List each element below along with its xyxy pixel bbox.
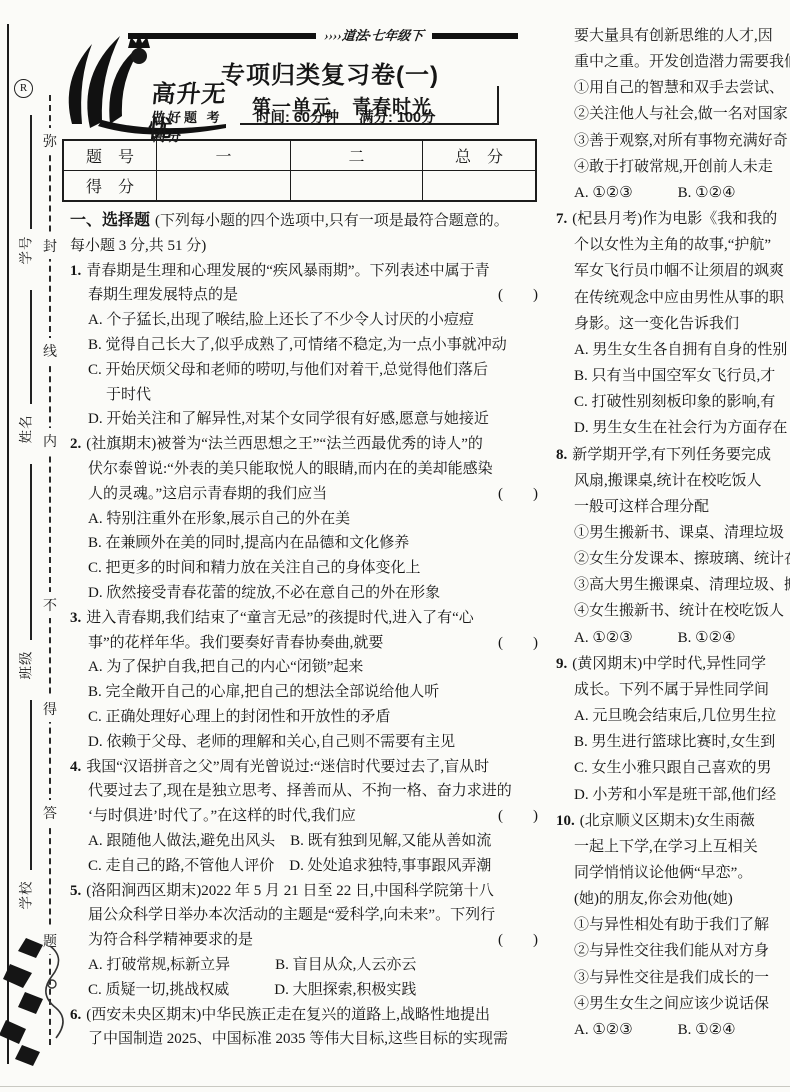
text-line: 春期生理发展特点的是( ) <box>70 283 540 308</box>
line-text: 人的灵魂。”这启示青春期的我们应当 <box>88 486 327 502</box>
question-number: 5. <box>70 883 81 899</box>
text-line: ④女生搬新书、统计在校吃饭人 <box>556 598 790 624</box>
score-table-col-two: 二 <box>291 140 423 171</box>
text-line: 同学悄悄议论他俩“早恋”。 <box>556 860 790 886</box>
line-text: D. 小芳和小军是班干部,他们经 <box>574 787 776 803</box>
seal-char: 线 <box>41 338 59 364</box>
line-text: C. 走自己的路,不管他人评价 D. 处处追求独特,事事跟风弄潮 <box>88 858 491 874</box>
line-text: ①与异性相处有助于我们了解 <box>574 917 769 933</box>
text-line: ①男生搬新书、课桌、清理垃圾 <box>556 520 790 546</box>
text-line: C. 女生小雅只跟自己喜欢的男 <box>556 755 790 781</box>
text-line: 一起上下学,在学习上互相关 <box>556 834 790 860</box>
line-text: 了中国制造 2025、中国标准 2035 等伟大目标,这些目标的实现需 <box>88 1031 508 1047</box>
header-band-bar-right <box>432 33 518 39</box>
text-line: A. 打破常规,标新立异 B. 盲目从众,人云亦云 <box>70 953 540 978</box>
text-line: 重中之重。开发创造潜力需要我们 <box>556 49 790 75</box>
answer-brackets: ( ) <box>498 928 538 953</box>
text-line: B. 只有当中国空军女飞行员,才 <box>556 363 790 389</box>
text-line: C. 质疑一切,挑战权威 D. 大胆探索,积极实践 <box>70 978 540 1003</box>
text-line: ①与异性相处有助于我们了解 <box>556 912 790 938</box>
text-line: 身影。这一变化告诉我们 <box>556 311 790 337</box>
series-banner: ››››道法·七年级下 <box>315 25 433 44</box>
score-table-corner: 题 号 <box>63 140 157 171</box>
answer-brackets: ( ) <box>498 283 538 308</box>
line-text: C. 打破性别刻板印象的影响,有 <box>574 394 775 410</box>
text-line: A. 特别注重外在形象,展示自己的外在美 <box>70 507 540 532</box>
line-text: (西安未央区期末)中华民族正走在复兴的道路上,战略性地提出 <box>86 1007 490 1023</box>
text-line: 了中国制造 2025、中国标准 2035 等伟大目标,这些目标的实现需 <box>70 1027 540 1052</box>
question-line: 4.我国“汉语拼音之父”周有光曾说过:“迷信时代要过去了,盲从时 <box>70 755 540 780</box>
line-text: (北京顺义区期末)女生雨薇 <box>580 813 755 829</box>
line-text: 为符合科学精神要求的是 <box>88 932 253 948</box>
brand-calligraphy <box>0 932 70 1077</box>
score-cell-one <box>157 171 291 202</box>
line-text: D. 开始关注和了解异性,对某个女同学很有好感,愿意与她接近 <box>88 411 489 427</box>
line-text: ②关注他人与社会,做一名对国家 <box>574 106 788 122</box>
question-number: 2. <box>70 436 81 452</box>
brand-logo: 高升无忧 做好题 考高分 <box>58 28 238 138</box>
line-text: C. 开始厌烦父母和老师的唠叨,与他们对着干,总觉得他们落后 <box>88 362 488 378</box>
text-line: ①用自己的智慧和双手去尝试、 <box>556 75 790 101</box>
line-text: 进入青春期,我们结束了“童言无忌”的孩提时代,进入了有“心 <box>86 610 473 626</box>
exam-meta: 时间: 60分钟满分: 100分 <box>256 106 436 127</box>
text-line: B. 觉得自己长大了,似乎成熟了,可情绪不稳定,为一点小事就冲动 <box>70 333 540 358</box>
text-line: A. ①②③ B. ①②④ <box>556 180 790 206</box>
line-text: A. 为了保护自我,把自己的内心“闭锁”起来 <box>88 659 363 675</box>
column-left: 一、选择题(下列每小题的四个选项中,只有一项是最符合题意的。每小题 3 分,共 … <box>70 209 540 1052</box>
line-text: B. 在兼顾外在美的同时,提高内在品德和文化修养 <box>88 535 409 551</box>
question-line: 一、选择题(下列每小题的四个选项中,只有一项是最符合题意的。 <box>70 209 540 234</box>
text-line: A. ①②③ B. ①②④ <box>556 625 790 651</box>
line-text: 一起上下学,在学习上互相关 <box>574 839 758 855</box>
line-text: A. ①②③ B. ①②④ <box>574 630 736 646</box>
text-line: A. 个子猛长,出现了喉结,脸上还长了不少令人讨厌的小痘痘 <box>70 308 540 333</box>
line-text: B. 完全敞开自己的心扉,把自己的想法全部说给他人听 <box>88 684 439 700</box>
text-line: A. ①②③ B. ①②④ <box>556 1017 790 1043</box>
exam-paper-page: { "page": { "edition_mark": "R", "series… <box>0 0 790 1092</box>
line-text: C. 质疑一切,挑战权威 D. 大胆探索,积极实践 <box>88 982 416 998</box>
line-text: D. 男生女生在社会行为方面存在 <box>574 420 787 436</box>
page-bottom-shadow <box>0 1086 790 1087</box>
text-line: 军女飞行员巾帼不让须眉的飒爽 <box>556 258 790 284</box>
text-line: 一般可这样合理分配 <box>556 494 790 520</box>
line-text: 在传统观念中应由男性从事的职 <box>574 290 784 306</box>
line-text: ③高大男生搬课桌、清理垃圾、搬 <box>574 577 790 593</box>
line-text: 青春期是生理和心理发展的“疾风暴雨期”。下列表述中属于青 <box>86 263 489 279</box>
text-line: ②女生分发课本、擦玻璃、统计在 <box>556 546 790 572</box>
question-line: 6.(西安未央区期末)中华民族正走在复兴的道路上,战略性地提出 <box>70 1003 540 1028</box>
line-text: 届公众科学日举办本次活动的主题是“爱科学,向未来”。下列行 <box>88 907 495 923</box>
line-text: A. 个子猛长,出现了喉结,脸上还长了不少令人讨厌的小痘痘 <box>88 312 474 328</box>
question-number: 6. <box>70 1007 81 1023</box>
line-text: ②女生分发课本、擦玻璃、统计在 <box>574 551 790 567</box>
class-blank-line <box>30 464 32 640</box>
seal-char: 内 <box>41 428 59 454</box>
line-text: B. 觉得自己长大了,似乎成熟了,可情绪不稳定,为一点小事就冲动 <box>88 337 507 353</box>
text-line: C. 开始厌烦父母和老师的唠叨,与他们对着干,总觉得他们落后 <box>70 358 540 383</box>
score-row-label: 得 分 <box>63 171 157 202</box>
text-line: ‘与时俱进’时代了。”在这样的时代,我们应( ) <box>70 804 540 829</box>
text-line: D. 欣然接受青春花蕾的绽放,不必在意自己的外在形象 <box>70 581 540 606</box>
line-text: (社旗期末)被誉为“法兰西思想之王”“法兰西最优秀的诗人”的 <box>86 436 483 452</box>
line-text: B. 男生进行篮球比赛时,女生到 <box>574 734 775 750</box>
line-text: (她)的朋友,你会劝他(她) <box>574 891 733 907</box>
line-text: 身影。这一变化告诉我们 <box>574 316 739 332</box>
text-line: 在传统观念中应由男性从事的职 <box>556 285 790 311</box>
question-number: 1. <box>70 263 81 279</box>
question-number: 4. <box>70 759 81 775</box>
text-line: 为符合科学精神要求的是( ) <box>70 928 540 953</box>
text-line: D. 小芳和小军是班干部,他们经 <box>556 782 790 808</box>
line-text: 代要过去了,现在是独立思考、择善而从、不拘一格、奋力求进的 <box>88 783 512 799</box>
text-line: A. 男生女生各自拥有自身的性别 <box>556 337 790 363</box>
line-text: 要大量具有创新思维的人才,因 <box>574 28 773 44</box>
answer-brackets: ( ) <box>498 482 538 507</box>
line-text: ①男生搬新书、课桌、清理垃圾 <box>574 525 784 541</box>
line-text: ③善于观察,对所有事物充满好奇 <box>574 133 788 149</box>
line-text: 同学悄悄议论他俩“早恋”。 <box>574 865 752 881</box>
sidebar-label-school: 学校 <box>12 872 36 918</box>
text-line: (她)的朋友,你会劝他(她) <box>556 886 790 912</box>
text-line: A. 跟随他人做法,避免出风头 B. 既有独到见解,又能从善如流 <box>70 829 540 854</box>
score-table: 题 号 一 二 总 分 得 分 <box>62 139 537 202</box>
text-line: 代要过去了,现在是独立思考、择善而从、不拘一格、奋力求进的 <box>70 779 540 804</box>
question-number: 一、选择题 <box>70 212 150 229</box>
text-line: 要大量具有创新思维的人才,因 <box>556 23 790 49</box>
question-line: 5.(洛阳涧西区期末)2022 年 5 月 21 日至 22 日,中国科学院第十… <box>70 879 540 904</box>
line-text: ④男生女生之间应该少说话保 <box>574 996 769 1012</box>
line-text: 事”的花样年华。我们要奏好青春协奏曲,就要 <box>88 635 383 651</box>
school-blank-line <box>30 700 32 870</box>
line-text: 每小题 3 分,共 51 分) <box>70 238 206 254</box>
text-line: 伏尔泰曾说:“外表的美只能取悦人的眼睛,而内在的美却能感染 <box>70 457 540 482</box>
line-text: 重中之重。开发创造潜力需要我们 <box>574 54 790 70</box>
line-text: (黄冈期末)中学时代,异性同学 <box>572 656 766 672</box>
line-text: 我国“汉语拼音之父”周有光曾说过:“迷信时代要过去了,盲从时 <box>86 759 489 775</box>
name-blank-line <box>30 290 32 404</box>
score-table-col-one: 一 <box>157 140 291 171</box>
text-line: D. 男生女生在社会行为方面存在 <box>556 415 790 441</box>
question-line: 9.(黄冈期末)中学时代,异性同学 <box>556 651 790 677</box>
line-text: 风扇,搬课桌,统计在校吃饭人 <box>574 473 762 489</box>
question-number: 8. <box>556 447 567 463</box>
paper-title: 专项归类复习卷(一) <box>221 55 439 90</box>
text-line: 事”的花样年华。我们要奏好青春协奏曲,就要( ) <box>70 631 540 656</box>
question-number: 3. <box>70 610 81 626</box>
question-number: 9. <box>556 656 567 672</box>
column-right: 要大量具有创新思维的人才,因重中之重。开发创造潜力需要我们①用自己的智慧和双手去… <box>556 23 790 1043</box>
text-line: ③与异性交往是我们成长的一 <box>556 965 790 991</box>
line-text: ②与异性交往我们能从对方身 <box>574 943 769 959</box>
time-limit: 时间: 60分钟 <box>256 110 339 126</box>
line-text: ‘与时俱进’时代了。”在这样的时代,我们应 <box>88 808 356 824</box>
seal-char: 得 <box>41 696 59 722</box>
line-text: 军女飞行员巾帼不让须眉的飒爽 <box>574 263 784 279</box>
line-text: A. 打破常规,标新立异 B. 盲目从众,人云亦云 <box>88 957 416 973</box>
score-cell-two <box>291 171 423 202</box>
page-edge-line <box>7 24 9 1064</box>
text-line: C. 把更多的时间和精力放在关注自己的身体变化上 <box>70 556 540 581</box>
text-line: D. 开始关注和了解异性,对某个女同学很有好感,愿意与她接近 <box>70 407 540 432</box>
text-line: B. 在兼顾外在美的同时,提高内在品德和文化修养 <box>70 531 540 556</box>
text-line: C. 正确处理好心理上的封闭性和开放性的矛盾 <box>70 705 540 730</box>
sidebar-label-class: 班级 <box>12 642 36 688</box>
question-number: 10. <box>556 813 575 829</box>
student-id-blank-line <box>30 115 32 229</box>
text-line: 届公众科学日举办本次活动的主题是“爱科学,向未来”。下列行 <box>70 903 540 928</box>
text-line: 每小题 3 分,共 51 分) <box>70 234 540 259</box>
text-line: ③高大男生搬课桌、清理垃圾、搬 <box>556 572 790 598</box>
full-score: 满分: 100分 <box>359 110 436 126</box>
score-table-col-total: 总 分 <box>423 140 537 171</box>
text-line: ②与异性交往我们能从对方身 <box>556 938 790 964</box>
line-text: C. 女生小雅只跟自己喜欢的男 <box>574 760 772 776</box>
line-text: A. ①②③ B. ①②④ <box>574 1022 736 1038</box>
line-text: ④女生搬新书、统计在校吃饭人 <box>574 603 784 619</box>
question-line: 8.新学期开学,有下列任务要完成 <box>556 442 790 468</box>
question-line: 3.进入青春期,我们结束了“童言无忌”的孩提时代,进入了有“心 <box>70 606 540 631</box>
text-line: 成长。下列不属于异性同学间 <box>556 677 790 703</box>
line-text: 个以女性为主角的故事,“护航” <box>574 237 771 253</box>
line-text: A. 特别注重外在形象,展示自己的外在美 <box>88 511 350 527</box>
text-line: ③善于观察,对所有事物充满好奇 <box>556 128 790 154</box>
question-line: 2.(社旗期末)被誉为“法兰西思想之王”“法兰西最优秀的诗人”的 <box>70 432 540 457</box>
line-text: A. 男生女生各自拥有自身的性别 <box>574 342 787 358</box>
line-text: A. ①②③ B. ①②④ <box>574 185 736 201</box>
text-line: ②关注他人与社会,做一名对国家 <box>556 101 790 127</box>
score-cell-total <box>423 171 537 202</box>
question-line: 10.(北京顺义区期末)女生雨薇 <box>556 808 790 834</box>
line-text: 新学期开学,有下列任务要完成 <box>572 447 771 463</box>
text-line: ④男生女生之间应该少说话保 <box>556 991 790 1017</box>
line-text: (杞县月考)作为电影《我和我的 <box>572 211 777 227</box>
line-text: ③与异性交往是我们成长的一 <box>574 970 769 986</box>
line-text: B. 只有当中国空军女飞行员,才 <box>574 368 775 384</box>
line-text: D. 欣然接受青春花蕾的绽放,不必在意自己的外在形象 <box>88 585 440 601</box>
line-text: C. 把更多的时间和精力放在关注自己的身体变化上 <box>88 560 421 576</box>
line-text: C. 正确处理好心理上的封闭性和开放性的矛盾 <box>88 709 391 725</box>
text-line: 风扇,搬课桌,统计在校吃饭人 <box>556 468 790 494</box>
question-number: 7. <box>556 211 567 227</box>
seal-char: 封 <box>41 233 59 259</box>
text-line: B. 男生进行篮球比赛时,女生到 <box>556 729 790 755</box>
seal-char: 不 <box>41 592 59 618</box>
line-text: 伏尔泰曾说:“外表的美只能取悦人的眼睛,而内在的美却能感染 <box>88 461 493 477</box>
sidebar-label-student-id: 学号 <box>12 227 36 273</box>
line-text: A. 元旦晚会结束后,几位男生拉 <box>574 708 776 724</box>
line-text: 于时代 <box>106 387 151 403</box>
text-line: 个以女性为主角的故事,“护航” <box>556 232 790 258</box>
text-line: A. 为了保护自我,把自己的内心“闭锁”起来 <box>70 655 540 680</box>
line-text: ①用自己的智慧和双手去尝试、 <box>574 80 784 96</box>
text-line: 于时代 <box>70 383 540 408</box>
text-line: ④敢于打破常规,开创前人未走 <box>556 154 790 180</box>
sidebar-label-name: 姓名 <box>12 406 36 452</box>
line-text: (下列每小题的四个选项中,只有一项是最符合题意的。 <box>155 213 509 229</box>
answer-brackets: ( ) <box>498 631 538 656</box>
text-line: A. 元旦晚会结束后,几位男生拉 <box>556 703 790 729</box>
text-line: 人的灵魂。”这启示青春期的我们应当( ) <box>70 482 540 507</box>
seal-char: 弥 <box>41 128 59 154</box>
text-line: D. 依赖于父母、老师的理解和关心,自己则不需要有主见 <box>70 730 540 755</box>
line-text: 成长。下列不属于异性同学间 <box>574 682 769 698</box>
answer-brackets: ( ) <box>498 804 538 829</box>
text-line: B. 完全敞开自己的心扉,把自己的想法全部说给他人听 <box>70 680 540 705</box>
text-line: C. 走自己的路,不管他人评价 D. 处处追求独特,事事跟风弄潮 <box>70 854 540 879</box>
registered-mark: R <box>14 79 33 98</box>
line-text: 一般可这样合理分配 <box>574 499 709 515</box>
question-line: 7.(杞县月考)作为电影《我和我的 <box>556 206 790 232</box>
text-line: C. 打破性别刻板印象的影响,有 <box>556 389 790 415</box>
crown-icon <box>128 34 150 48</box>
seal-char: 答 <box>41 800 59 826</box>
question-line: 1.青春期是生理和心理发展的“疾风暴雨期”。下列表述中属于青 <box>70 259 540 284</box>
line-text: A. 跟随他人做法,避免出风头 B. 既有独到见解,又能从善如流 <box>88 833 491 849</box>
line-text: (洛阳涧西区期末)2022 年 5 月 21 日至 22 日,中国科学院第十八 <box>86 883 494 899</box>
line-text: 春期生理发展特点的是 <box>88 287 238 303</box>
line-text: D. 依赖于父母、老师的理解和关心,自己则不需要有主见 <box>88 734 455 750</box>
line-text: ④敢于打破常规,开创前人未走 <box>574 159 773 175</box>
